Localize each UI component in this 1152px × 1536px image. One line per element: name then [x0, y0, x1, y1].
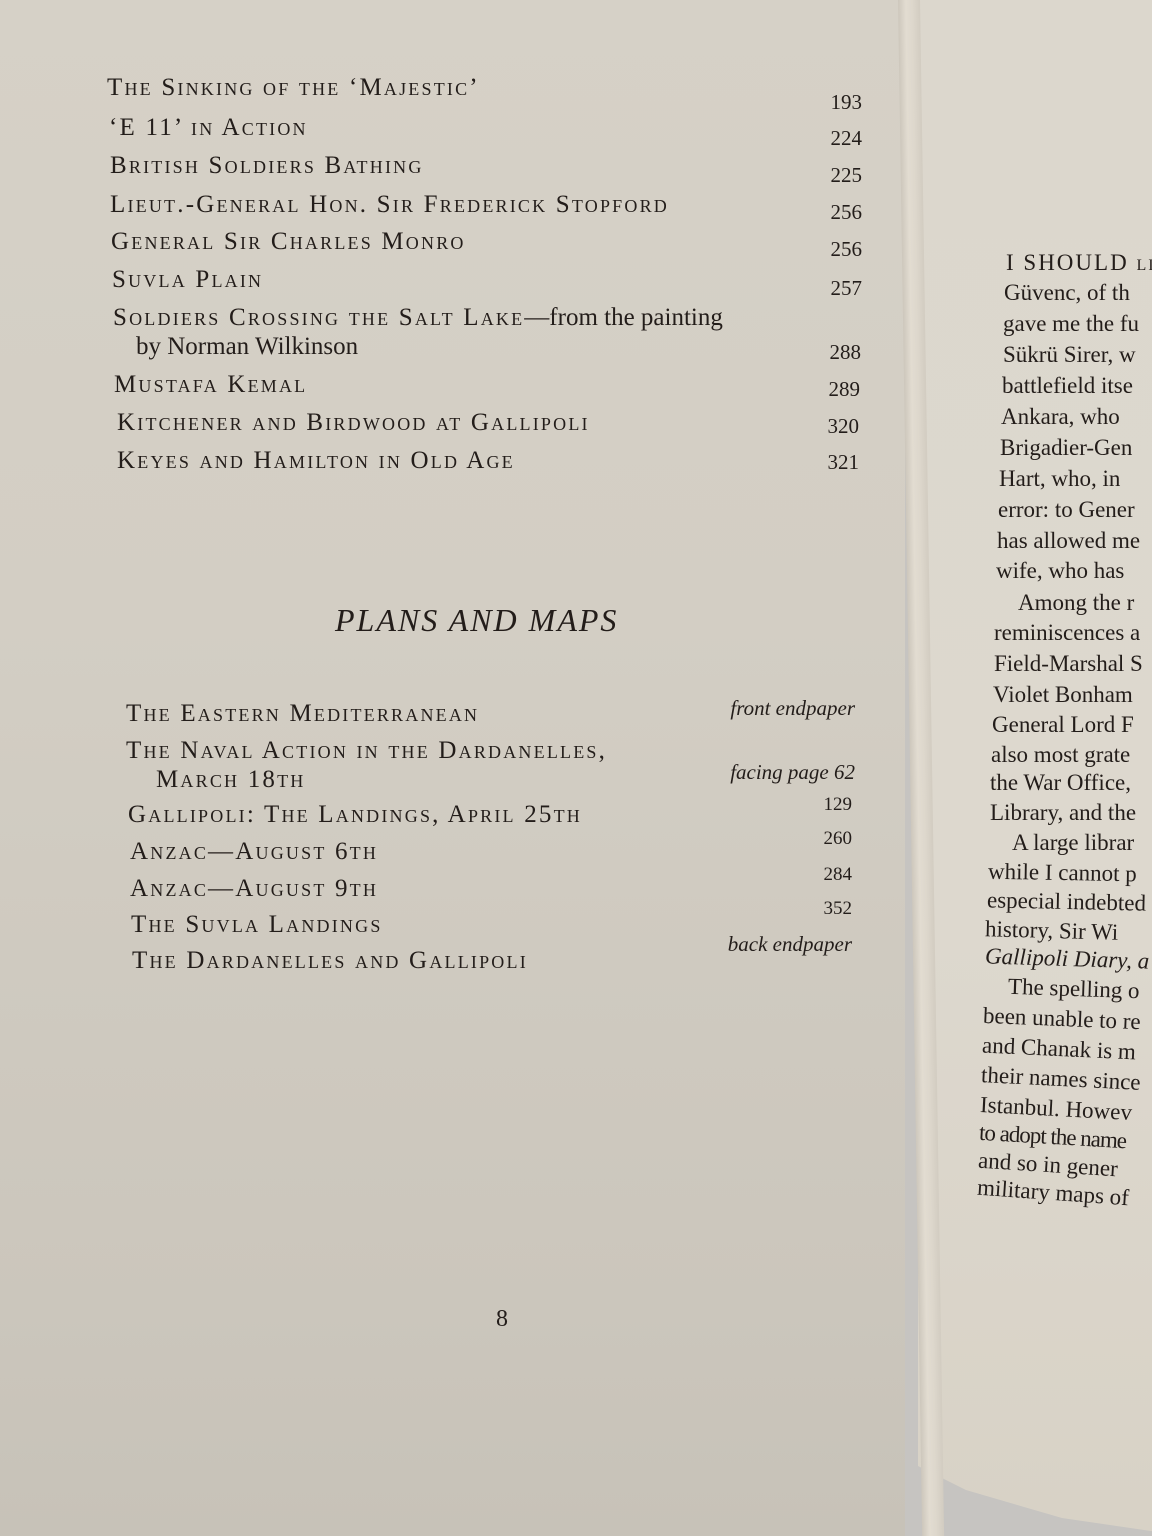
text-line: General Lord F: [992, 712, 1134, 738]
text-line: Hart, who, in: [999, 466, 1120, 492]
text-line: battlefield itse: [1002, 373, 1133, 399]
text-line: I SHOULD li: [1006, 250, 1152, 276]
text-line: Güvenc, of th: [1004, 280, 1130, 306]
text-line: and Chanak is m: [981, 1033, 1136, 1066]
text-line: especial indebted: [987, 887, 1147, 916]
text-line: Sükrü Sirer, w: [1003, 342, 1136, 368]
text-line: gave me the fu: [1003, 311, 1139, 337]
text-line: Library, and the: [990, 800, 1136, 826]
text-line: also most grate: [991, 742, 1130, 768]
text-line: Field-Marshal S: [994, 651, 1143, 677]
text-line: Brigadier-Gen: [1000, 435, 1132, 461]
text-line: Gallipoli Diary, a: [985, 943, 1150, 974]
text-line: has allowed me: [997, 528, 1140, 554]
text-line: reminiscences a: [994, 620, 1140, 646]
text-line: wife, who has: [996, 558, 1124, 584]
text-line: Ankara, who: [1001, 404, 1120, 430]
text-line: the War Office,: [990, 770, 1131, 796]
text-line: Violet Bonham: [993, 682, 1133, 708]
text-line: The spelling o: [1008, 974, 1140, 1005]
text-line: their names since: [980, 1062, 1141, 1096]
opening-words: I SHOULD li: [1006, 250, 1152, 275]
text-line: A large librar: [1012, 830, 1134, 856]
text-line: history, Sir Wi: [985, 916, 1119, 945]
text-line: error: to Gener: [998, 497, 1135, 523]
text-line: Among the r: [1018, 590, 1134, 616]
right-page-text: I SHOULD li Güvenc, of th gave me the fu…: [0, 0, 1152, 1536]
text-line: while I cannot p: [988, 859, 1137, 888]
text-line: been unable to re: [983, 1003, 1142, 1035]
